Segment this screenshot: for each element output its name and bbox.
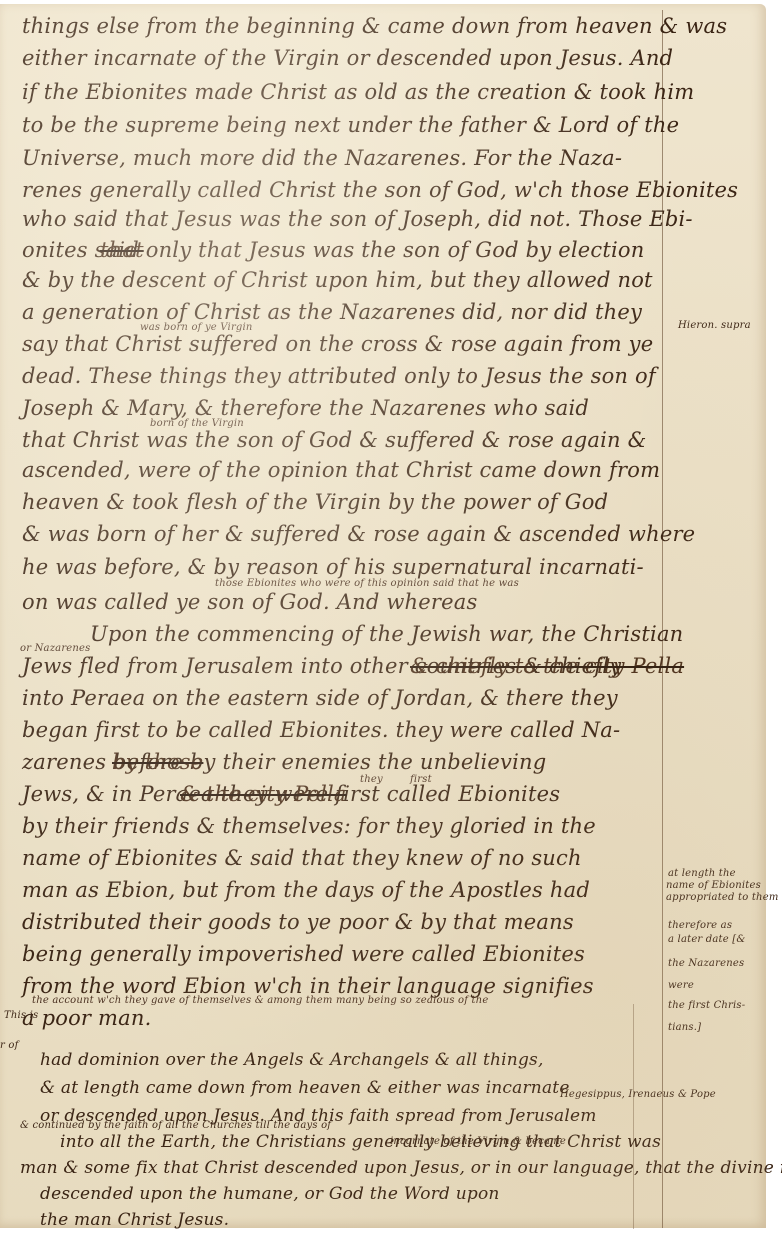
interlinear-insertion: born of the Virgin	[150, 418, 244, 429]
revision-line: man & some fix that Christ descended upo…	[20, 1158, 782, 1178]
manuscript-line: that Christ was the son of God & suffere…	[22, 428, 647, 452]
revision-line: the man Christ Jesus.	[40, 1210, 229, 1230]
margin-note: the first Chris-	[668, 1000, 745, 1011]
revision-line: into all the Earth, the Christians gener…	[60, 1132, 661, 1152]
manuscript-line: Upon the commencing of the Jewish war, t…	[90, 622, 683, 646]
margin-note: Hegesippus, Irenaeus & Pope	[560, 1089, 716, 1100]
manuscript-line: zarenes before by their enemies the unbe…	[22, 750, 546, 774]
struck-text: & the city Pella	[180, 782, 347, 806]
manuscript-line: distributed their goods to ye poor & by …	[22, 910, 574, 934]
manuscript-line: either incarnate of the Virgin or descen…	[22, 46, 673, 70]
interlinear-insertion: they	[360, 774, 383, 785]
margin-note: the Nazarenes	[668, 958, 744, 969]
interlinear-insertion: those Ebionites who were of this opinion…	[215, 578, 519, 589]
manuscript-line: by their friends & themselves: for they …	[22, 814, 596, 838]
manuscript-line: man as Ebion, but from the days of the A…	[22, 878, 590, 902]
manuscript-page: things else from the beginning & came do…	[0, 4, 766, 1228]
manuscript-line: being generally impoverished were called…	[22, 942, 585, 966]
revision-line: descended upon the humane, or God the Wo…	[40, 1184, 500, 1204]
struck-text: & chiefly to the city Pella	[410, 654, 684, 678]
margin-note: & continued by the faith of all the Chur…	[20, 1120, 331, 1131]
margin-note: incarnate of the Virgin & became	[390, 1136, 566, 1147]
margin-note: This is	[4, 1010, 38, 1021]
margin-note: tians.]	[668, 1022, 701, 1033]
manuscript-line: dead. These things they attributed only …	[22, 364, 656, 388]
manuscript-line: renes generally called Christ the son of…	[22, 178, 738, 202]
manuscript-line: Joseph & Mary, & therefore the Nazarenes…	[22, 396, 589, 420]
struck-text: that	[100, 238, 144, 262]
manuscript-line: say that Christ suffered on the cross & …	[22, 332, 653, 356]
manuscript-line: heaven & took flesh of the Virgin by the…	[22, 490, 608, 514]
manuscript-line: on was called ye son of God. And whereas	[22, 590, 477, 614]
manuscript-line: who said that Jesus was the son of Josep…	[22, 207, 693, 231]
manuscript-line: & by the descent of Christ upon him, but…	[22, 268, 653, 292]
manuscript-line: a poor man.	[22, 1006, 151, 1030]
interlinear-insertion: was born of ye Virgin	[140, 322, 253, 333]
manuscript-line: ascended, were of the opinion that Chris…	[22, 458, 660, 482]
manuscript-line: & was born of her & suffered & rose agai…	[22, 522, 695, 546]
manuscript-line: to be the supreme being next under the f…	[22, 113, 679, 137]
manuscript-line: if the Ebionites made Christ as old as t…	[22, 80, 694, 104]
interlinear-insertion: the account w'ch they gave of themselves…	[32, 995, 489, 1006]
margin-note: a later date [&	[668, 934, 745, 945]
margin-note: name of Ebionites	[666, 880, 761, 891]
inner-margin-rule-line	[633, 1004, 634, 1229]
struck-text: by those	[112, 750, 203, 774]
manuscript-line: began first to be called Ebionites. they…	[22, 718, 620, 742]
manuscript-line: into Peraea on the eastern side of Jorda…	[22, 686, 618, 710]
manuscript-line: he was before, & by reason of his supern…	[22, 555, 644, 579]
interlinear-insertion: or Nazarenes	[20, 643, 91, 654]
margin-note: r of	[0, 1040, 18, 1051]
manuscript-line: Universe, much more did the Nazarenes. F…	[22, 146, 622, 170]
revision-line: had dominion over the Angels & Archangel…	[40, 1050, 544, 1070]
manuscript-line: a generation of Christ as the Nazarenes …	[22, 300, 642, 324]
margin-note: Hieron. supra	[678, 320, 751, 331]
interlinear-insertion: first	[410, 774, 432, 785]
margin-note: therefore as	[668, 920, 732, 931]
manuscript-line: name of Ebionites & said that they knew …	[22, 846, 582, 870]
margin-note: appropriated to them	[666, 892, 779, 903]
manuscript-line: things else from the beginning & came do…	[22, 14, 727, 38]
margin-note: were	[668, 980, 694, 991]
margin-note: at length the	[668, 868, 736, 879]
revision-line: & at length came down from heaven & eith…	[40, 1078, 570, 1098]
